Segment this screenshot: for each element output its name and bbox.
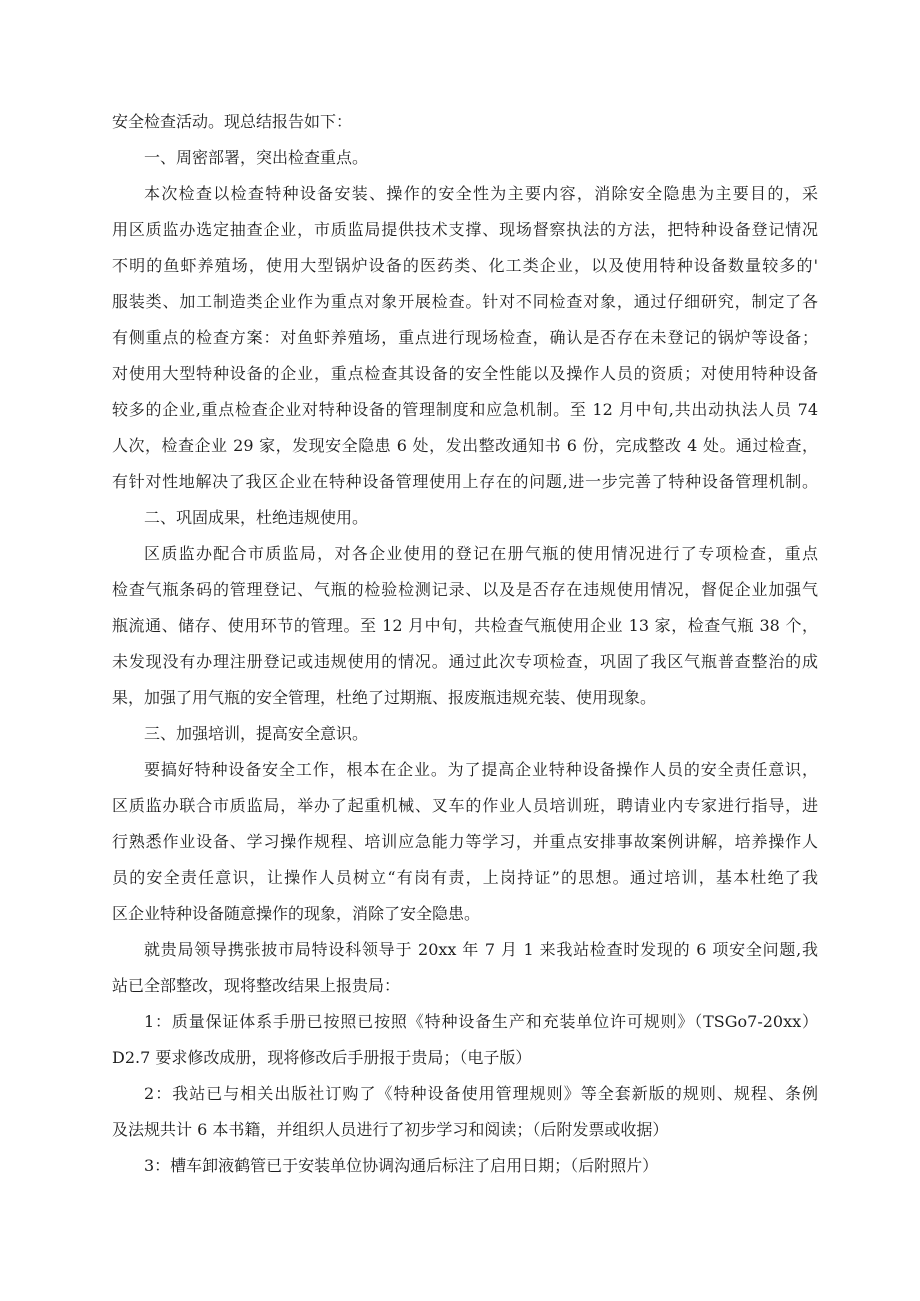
text-line: 服装类、加工制造类企业作为重点对象开展检查。针对不同检查对象，通过仔细研究，制定… (112, 284, 818, 320)
text-line: 2：我站已与相关出版社订购了《特种设备使用管理规则》等全套新版的规则、规程、条例 (112, 1076, 818, 1112)
text-line: 不明的鱼虾养殖场，使用大型锅炉设备的医药类、化工类企业，以及使用特种设备数量较多… (112, 248, 818, 284)
document-page: 安全检查活动。现总结报告如下：一、周密部署，突出检查重点。本次检查以检查特种设备… (0, 0, 920, 1301)
text-line: 行熟悉作业设备、学习操作规程、培训应急能力等学习，并重点安排事故案例讲解，培养操… (112, 824, 818, 860)
text-line: 区质监办联合市质监局，举办了起重机械、叉车的作业人员培训班，聘请业内专家进行指导… (112, 788, 818, 824)
text-line: 瓶流通、储存、使用环节的管理。至 12 月中旬，共检查气瓶使用企业 13 家，检… (112, 608, 818, 644)
text-line: 区企业特种设备随意操作的现象，消除了安全隐患。 (112, 896, 818, 932)
text-line: 人次，检查企业 29 家，发现安全隐患 6 处，发出整改通知书 6 份，完成整改… (112, 428, 818, 464)
text-line: 未发现没有办理注册登记或违规使用的情况。通过此次专项检查，巩固了我区气瓶普查整治… (112, 644, 818, 680)
text-line: 员的安全责任意识，让操作人员树立“有岗有责，上岗持证”的思想。通过培训，基本杜绝… (112, 860, 818, 896)
text-line: D2.7 要求修改成册，现将修改后手册报于贵局；（电子版） (112, 1040, 818, 1076)
text-line: 3：槽车卸液鹤管已于安装单位协调沟通后标注了启用日期；（后附照片） (112, 1148, 818, 1184)
text-line: 就贵局领导携张披市局特设科领导于 20xx 年 7 月 1 来我站检查时发现的 … (112, 932, 818, 968)
text-line: 有针对性地解决了我区企业在特种设备管理使用上存在的问题,进一步完善了特种设备管理… (112, 464, 818, 500)
text-line: 用区质监办选定抽查企业，市质监局提供技术支撑、现场督察执法的方法，把特种设备登记… (112, 212, 818, 248)
text-line: 安全检查活动。现总结报告如下： (112, 104, 818, 140)
text-line: 1：质量保证体系手册已按照已按照《特种设备生产和充装单位许可规则》（TSGo7-… (112, 1004, 818, 1040)
text-line: 要搞好特种设备安全工作，根本在企业。为了提高企业特种设备操作人员的安全责任意识， (112, 752, 818, 788)
text-line: 较多的企业,重点检查企业对特种设备的管理制度和应急机制。至 12 月中旬,共出动… (112, 392, 818, 428)
text-line: 有侧重点的检查方案：对鱼虾养殖场，重点进行现场检查，确认是否存在未登记的锅炉等设… (112, 320, 818, 356)
text-line: 站已全部整改，现将整改结果上报贵局： (112, 968, 818, 1004)
text-line: 三、加强培训，提高安全意识。 (112, 716, 818, 752)
text-line: 检查气瓶条码的管理登记、气瓶的检验检测记录、以及是否存在违规使用情况，督促企业加… (112, 572, 818, 608)
text-line: 对使用大型特种设备的企业，重点检查其设备的安全性能以及操作人员的资质；对使用特种… (112, 356, 818, 392)
text-line: 二、巩固成果，杜绝违规使用。 (112, 500, 818, 536)
text-line: 一、周密部署，突出检查重点。 (112, 140, 818, 176)
document-content: 安全检查活动。现总结报告如下：一、周密部署，突出检查重点。本次检查以检查特种设备… (112, 104, 818, 1184)
text-line: 本次检查以检查特种设备安装、操作的安全性为主要内容，消除安全隐患为主要目的，采 (112, 176, 818, 212)
text-line: 区质监办配合市质监局，对各企业使用的登记在册气瓶的使用情况进行了专项检查，重点 (112, 536, 818, 572)
text-line: 果，加强了用气瓶的安全管理，杜绝了过期瓶、报废瓶违规充装、使用现象。 (112, 680, 818, 716)
text-line: 及法规共计 6 本书籍，并组织人员进行了初步学习和阅读；（后附发票或收据） (112, 1112, 818, 1148)
